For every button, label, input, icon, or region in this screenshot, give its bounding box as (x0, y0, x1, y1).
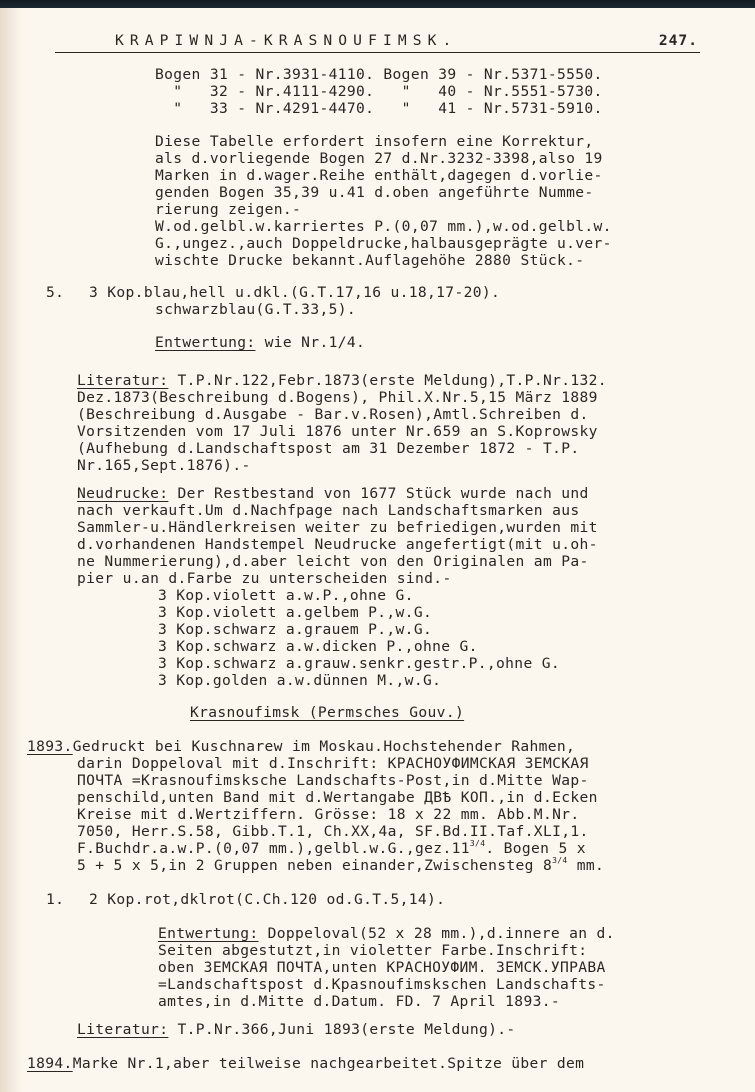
correction-line: genden Bogen 35,39 u.41 d.oben angeführt… (155, 184, 594, 201)
literatur-line: Nr.165,Sept.1876).- (77, 457, 251, 474)
literatur-label: Literatur: (77, 1021, 168, 1038)
bogen-row: Bogen 31 - Nr.3931-4110. Bogen 39 - Nr.5… (155, 66, 603, 83)
correction-line: G.,ungez.,auch Doppeldrucke,halbausgeprä… (155, 235, 612, 252)
item-description: schwarzblau(G.T.33,5). (155, 301, 356, 318)
entwertung-line: Entwertung: Doppeloval(52 x 28 mm.),d.in… (158, 925, 615, 942)
page-title: KRAPIWNJA-KRASNOUFIMSK. (115, 32, 457, 49)
variety-item: 3 Kop.violett a.w.P.,ohne G. (158, 587, 414, 604)
variety-item: 3 Kop.violett a.gelbem P.,w.G. (158, 604, 432, 621)
entwertung-line: oben ЗЕМСКАЯ ПОЧТА,unten КРАСНОУФИМ. ЗЕМ… (158, 959, 606, 976)
correction-line: rierung zeigen.- (155, 201, 301, 218)
variety-item: 3 Kop.schwarz a.w.dicken P.,ohne G. (158, 638, 478, 655)
literatur-line: Literatur: T.P.Nr.366,Juni 1893(erste Me… (77, 1021, 516, 1038)
neudrucke-line: ne Nummerierung),d.aber leicht von den O… (77, 553, 589, 570)
issue-1894-line: 1894.Marke Nr.1,aber teilweise nachgearb… (27, 1055, 584, 1072)
section-heading: Krasnoufimsk (Permsches Gouv.) (190, 704, 464, 721)
correction-line: wischte Drucke bekannt.Auflagehöhe 2880 … (155, 252, 584, 269)
entwertung-label: Entwertung: (158, 925, 259, 942)
variety-item: 3 Kop.golden a.w.dünnen M.,w.G. (158, 672, 441, 689)
variety-item: 3 Kop.schwarz a.grauem P.,w.G. (158, 621, 432, 638)
neudrucke-line: pier u.an d.Farbe zu unterscheiden sind.… (77, 570, 452, 587)
issue-1893-line: ПОЧТА =Krasnoufimsksche Landschafts-Post… (77, 772, 589, 789)
issue-1893-line: Kreise mit d.Wertziffern. Grösse: 18 x 2… (77, 806, 580, 823)
literatur-line: (Aufhebung d.Landschaftspost am 31 Dezem… (77, 440, 580, 457)
correction-line: als d.vorliegende Bogen 27 d.Nr.3232-339… (155, 150, 603, 167)
literatur-line: (Beschreibung d.Ausgabe - Bar.v.Rosen),A… (77, 406, 589, 423)
perf-fraction: 3/4 (470, 839, 486, 848)
correction-line: Diese Tabelle erfordert insofern eine Ko… (155, 133, 594, 150)
bogen-row: " 33 - Nr.4291-4470. " 41 - Nr.5731-5910… (155, 100, 603, 117)
bogen-row: " 32 - Nr.4111-4290. " 40 - Nr.5551-5730… (155, 83, 603, 100)
neudrucke-line: d.vorhandenen Handstempel Neudrucke ange… (77, 536, 598, 553)
issue-1893-line: 1893.Gedruckt bei Kuschnarew im Moskau.H… (27, 738, 575, 755)
issue-1893-line: F.Buchdr.a.w.P.(0,07 mm.),gelbl.w.G.,gez… (77, 840, 586, 857)
page-header: KRAPIWNJA-KRASNOUFIMSK. 247. (55, 30, 700, 53)
neudrucke-label: Neudrucke: (77, 485, 168, 502)
correction-line: W.od.gelbl.w.karriertes P.(0,07 mm.),w.o… (155, 218, 612, 235)
entwertung-line: Entwertung: wie Nr.1/4. (155, 334, 365, 351)
entwertung-text: wie Nr.1/4. (256, 334, 366, 351)
item-description: 3 Kop.blau,hell u.dkl.(G.T.17,16 u.18,17… (89, 284, 500, 301)
neudrucke-line: nach verkauft.Um d.Nachfpage nach Landsc… (77, 502, 580, 519)
entwertung-line: amtes,in d.Mitte d.Datum. FD. 7 April 18… (158, 993, 560, 1010)
page-number: 247. (659, 32, 698, 49)
item-number: 5. (46, 284, 64, 301)
neudrucke-line: Neudrucke: Der Restbestand von 1677 Stüc… (77, 485, 589, 502)
issue-1893-line: 7050, Herr.S.58, Gibb.T.1, Ch.XX,4a, SF.… (77, 823, 589, 840)
neudrucke-line: Sammler-u.Händlerkreisen weiter zu befri… (77, 519, 598, 536)
literatur-line: Literatur: T.P.Nr.122,Febr.1873(erste Me… (77, 372, 607, 389)
gutter-fraction: 3/4 (552, 856, 568, 865)
variety-item: 3 Kop.schwarz a.grauw.senkr.gestr.P.,ohn… (158, 655, 560, 672)
entwertung-label: Entwertung: (155, 334, 256, 351)
correction-line: Marken in d.wager.Reihe enthält,dagegen … (155, 167, 603, 184)
issue-year: 1894. (27, 1055, 73, 1072)
literatur-label: Literatur: (77, 372, 168, 389)
issue-1893-line: 5 + 5 x 5,in 2 Gruppen neben einander,Zw… (77, 857, 604, 874)
entwertung-line: =Landschaftspost d.Kpasnoufimskschen Lan… (158, 976, 606, 993)
issue-1893-line: penschild,unten Band mit d.Wertangabe ДВ… (77, 789, 598, 806)
document-page: KRAPIWNJA-KRASNOUFIMSK. 247. Bogen 31 - … (0, 0, 755, 1092)
item-description: 2 Kop.rot,dklrot(C.Ch.120 od.G.T.5,14). (89, 891, 445, 908)
literatur-line: Vorsitzenden vom 17 Juli 1876 unter Nr.6… (77, 423, 598, 440)
issue-1893-line: darin Doppeloval mit d.Inschrift: КРАСНО… (77, 755, 589, 772)
literatur-line: Dez.1873(Beschreibung d.Bogens), Phil.X.… (77, 389, 598, 406)
entwertung-line: Seiten abgestutzt,in violetter Farbe.Ins… (158, 942, 587, 959)
issue-year: 1893. (27, 738, 73, 755)
item-number: 1. (46, 891, 64, 908)
